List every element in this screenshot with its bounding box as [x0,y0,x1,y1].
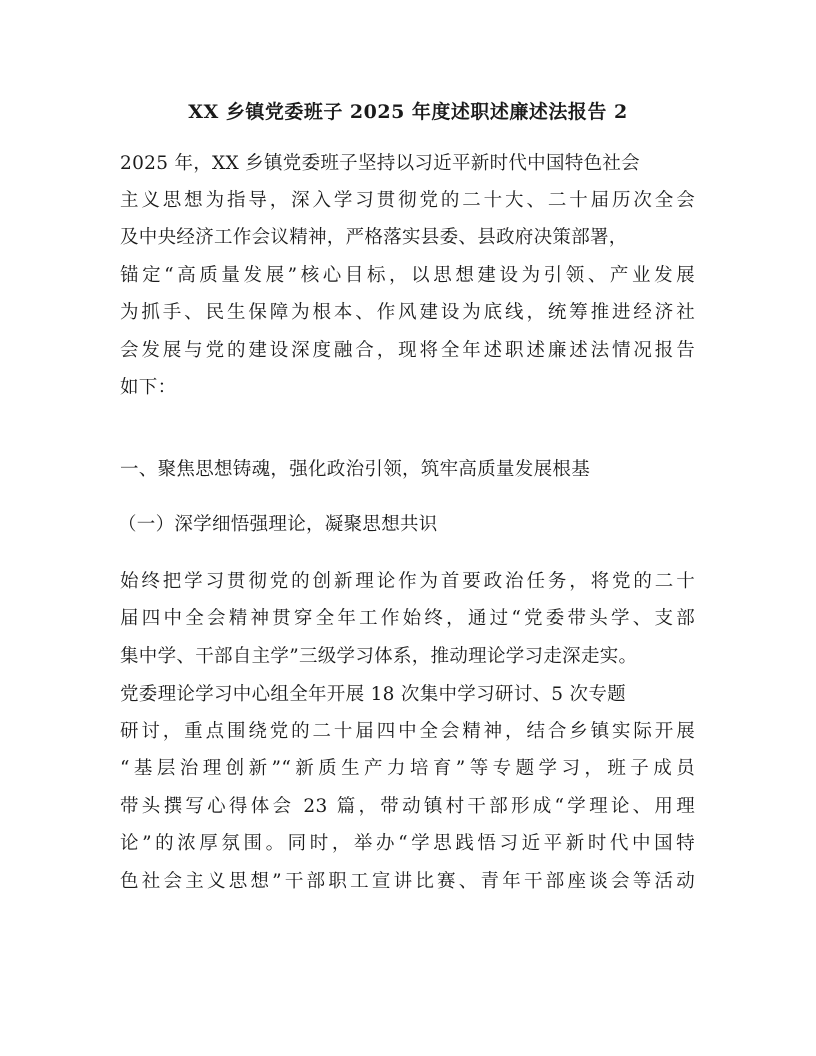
body-line-1: 始终把学习贯彻党的创新理论作为首要政治任务，将党的二十 [120,568,695,596]
intro-line-1: 2025 年，XX 乡镇党委班子坚持以习近平新时代中国特色社会 [120,150,695,178]
intro-line-6: 会发展与党的建设深度融合，现将全年述职述廉述法情况报告 [120,337,695,365]
body-line-6: “基层治理创新”“新质生产力培育”等专题学习，班子成员 [120,755,695,783]
body-line-2: 届四中全会精神贯穿全年工作始终，通过“党委带头学、支部 [120,605,695,633]
body-line-7: 带头撰写心得体会 23 篇，带动镇村干部形成“学理论、用理 [120,793,695,821]
document-page: XX 乡镇党委班子 2025 年度述职述廉述法报告 2 2025 年，XX 乡镇… [0,0,816,1056]
subsection-heading: （一）深学细悟强理论，凝聚思想共识 [118,511,693,539]
intro-line-4: 锚定“高质量发展”核心目标，以思想建设为引领、产业发展 [120,262,695,290]
body-line-4: 党委理论学习中心组全年开展 18 次集中学习研讨、5 次专题 [120,681,695,709]
section-heading: 一、聚焦思想铸魂，强化政治引领，筑牢高质量发展根基 [120,456,695,484]
intro-line-2: 主义思想为指导，深入学习贯彻党的二十大、二十届历次全会 [120,187,695,215]
intro-line-5: 为抓手、民生保障为根本、作风建设为底线，统筹推进经济社 [120,299,695,327]
intro-line-7: 如下： [120,374,695,402]
intro-line-3: 及中央经济工作会议精神，严格落实县委、县政府决策部署， [120,224,695,252]
document-title: XX 乡镇党委班子 2025 年度述职述廉述法报告 2 [0,98,816,126]
body-line-5: 研讨，重点围绕党的二十届四中全会精神，结合乡镇实际开展 [120,718,695,746]
body-line-3: 集中学、干部自主学”三级学习体系，推动理论学习走深走实。 [120,643,710,671]
body-line-8: 论”的浓厚氛围。同时，举办“学思践悟习近平新时代中国特 [120,830,695,858]
body-line-9: 色社会主义思想”干部职工宣讲比赛、青年干部座谈会等活动 [120,868,695,896]
